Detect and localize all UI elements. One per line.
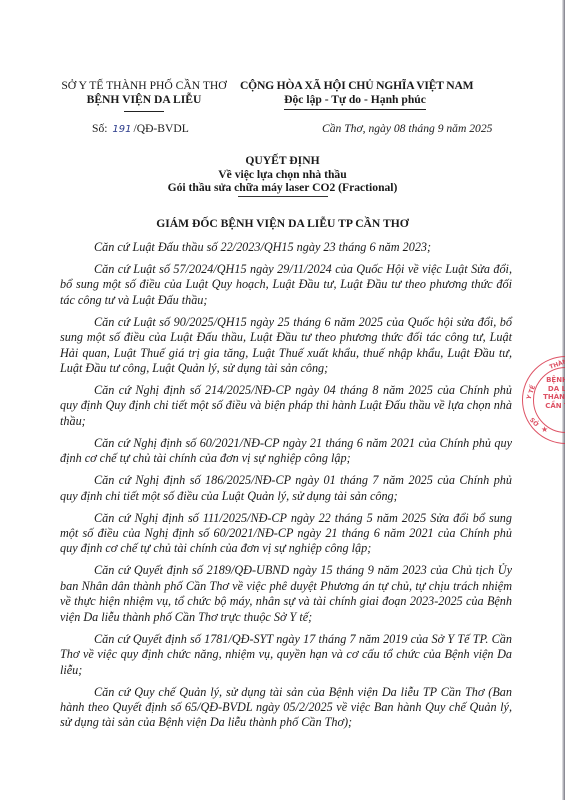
agency-divider — [124, 111, 164, 112]
recital-item: Căn cứ Nghị định số 111/2025/NĐ-CP ngày … — [60, 511, 512, 557]
recital-item: Căn cứ Nghị định số 60/2021/NĐ-CP ngày 2… — [60, 436, 512, 467]
recital-item: Căn cứ Quy chế Quản lý, sử dụng tài sản … — [60, 685, 512, 731]
ministry-name: SỞ Y TẾ THÀNH PHỐ CẦN THƠ — [56, 79, 232, 93]
official-seal: THÀNH Y TẾ SỞ BỆNH DA L THÀNH CẦN T ★ — [522, 356, 565, 444]
title-divider — [238, 196, 328, 197]
recitals: Căn cứ Luật Đấu thầu số 22/2023/QH15 ngà… — [60, 240, 512, 737]
seal-star-icon: ★ — [541, 425, 548, 434]
national-motto: Độc lập - Tự do - Hạnh phúc — [284, 93, 426, 110]
document-title: QUYẾT ĐỊNH Về việc lựa chọn nhà thầu Gói… — [0, 154, 565, 197]
title-subject: Về việc lựa chọn nhà thầu — [0, 168, 565, 182]
seal-line: THÀNH — [537, 393, 565, 402]
recital-item: Căn cứ Luật Đấu thầu số 22/2023/QH15 ngà… — [60, 240, 512, 255]
number-suffix: /QĐ-BVDL — [133, 122, 188, 135]
issuer-title: GIÁM ĐỐC BỆNH VIỆN DA LIỄU TP CẦN THƠ — [0, 217, 565, 230]
seal-line: DA L — [537, 385, 565, 394]
place-and-date: Cần Thơ, ngày 08 tháng 9 năm 2025 — [322, 122, 492, 135]
issuing-agency: SỞ Y TẾ THÀNH PHỐ CẦN THƠ BỆNH VIỆN DA L… — [56, 79, 232, 112]
title-heading: QUYẾT ĐỊNH — [0, 154, 565, 168]
republic-name: CỘNG HÒA XÃ HỘI CHỦ NGHĨA VIỆT NAM — [240, 79, 470, 93]
recital-item: Căn cứ Nghị định số 214/2025/NĐ-CP ngày … — [60, 383, 512, 429]
national-header: CỘNG HÒA XÃ HỘI CHỦ NGHĨA VIỆT NAM Độc l… — [240, 79, 470, 110]
handwritten-number: 191 — [112, 124, 131, 135]
recital-item: Căn cứ Quyết định số 2189/QĐ-UBND ngày 1… — [60, 563, 512, 625]
seal-text: BỆNH DA L THÀNH CẦN T — [537, 376, 565, 410]
seal-line: BỆNH — [537, 376, 565, 385]
title-package: Gói thầu sửa chữa máy laser CO2 (Fractio… — [0, 181, 565, 195]
recital-item: Căn cứ Luật số 57/2024/QH15 ngày 29/11/2… — [60, 262, 512, 308]
document-number: Số: 191/QĐ-BVDL — [92, 122, 189, 135]
number-prefix: Số: — [92, 122, 107, 135]
recital-item: Căn cứ Nghị định số 186/2025/NĐ-CP ngày … — [60, 473, 512, 504]
hospital-name: BỆNH VIỆN DA LIỄU — [56, 93, 232, 107]
seal-line: CẦN T — [537, 402, 565, 411]
recital-item: Căn cứ Quyết định số 1781/QĐ-SYT ngày 17… — [60, 632, 512, 678]
recital-item: Căn cứ Luật số 90/2025/QH15 ngày 25 thán… — [60, 315, 512, 377]
